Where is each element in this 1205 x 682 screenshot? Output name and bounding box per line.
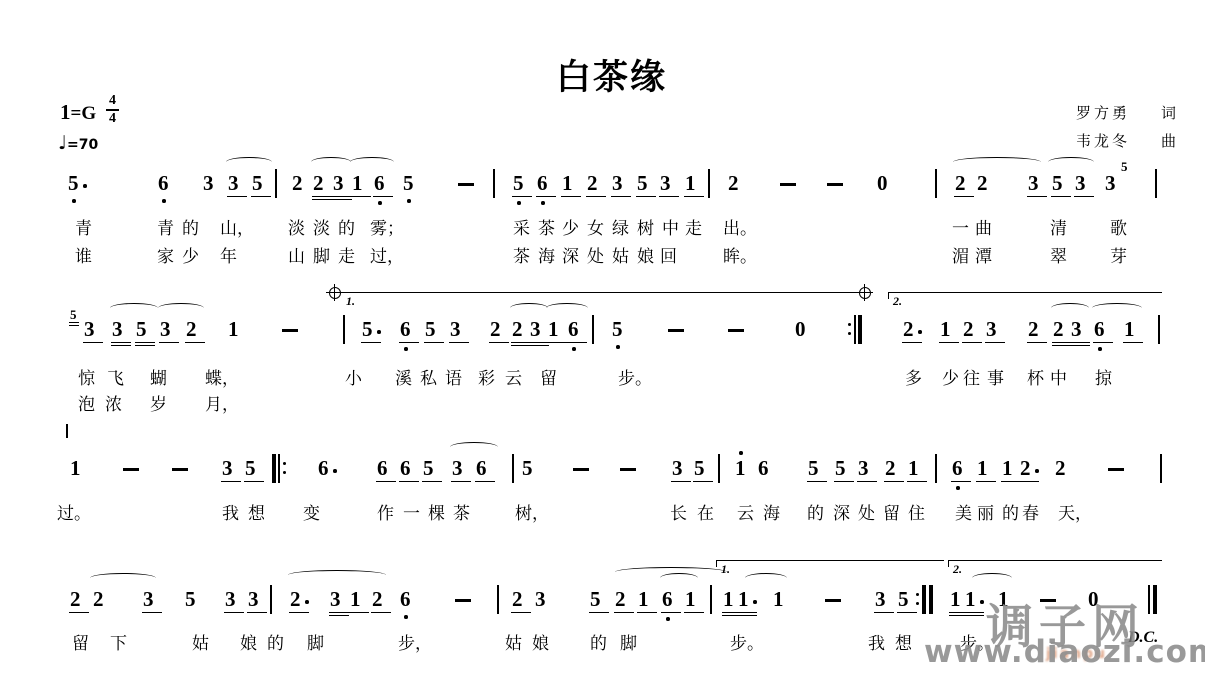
beam-underline [224, 612, 244, 613]
score-notation-layer: 5633522316556123531202235335青青的山，淡淡的雾；采茶… [0, 0, 1205, 682]
note-digit: 2 [977, 172, 988, 194]
augmentation-dot [83, 184, 87, 188]
volta-bracket-tick [716, 560, 717, 567]
lyric-syllable: 的 [1002, 499, 1019, 524]
note-digit: 5 [362, 318, 373, 340]
beam-underline [312, 199, 332, 200]
beam-underline [586, 196, 606, 197]
note-digit: 2 [615, 588, 626, 610]
beam-underline [614, 612, 634, 613]
repeat-dot [848, 323, 851, 326]
watermark-site-url: www.diaozi.com [924, 634, 1205, 670]
beam-underline [312, 196, 332, 197]
note-digit: 5 [522, 457, 533, 479]
beam-underline [611, 196, 631, 197]
lyric-syllable: 年 [220, 242, 237, 267]
beam-underline [475, 481, 495, 482]
lyric-syllable: 溪 [395, 364, 412, 389]
repeat-dot [848, 332, 851, 335]
beam-underline [349, 612, 369, 613]
note-digit: 1 [1002, 457, 1013, 479]
lyric-syllable: 翠 [1050, 242, 1067, 267]
note-digit: 1 [735, 457, 746, 479]
augmentation-dot [753, 600, 757, 604]
note-digit: 5 [245, 457, 256, 479]
volta-bracket [341, 292, 862, 293]
beam-underline [376, 481, 396, 482]
lyric-syllable: 采 [513, 214, 530, 239]
lyric-syllable: 姑 [505, 629, 522, 654]
repeat-end-thick-bar [929, 585, 933, 614]
slur-arc [1092, 303, 1142, 313]
slur-arc [1051, 303, 1089, 313]
note-digit: 5 [513, 172, 524, 194]
beam-underline [185, 342, 205, 343]
beam-underline [247, 612, 267, 613]
note-digit: 6 [758, 457, 769, 479]
note-digit: 3 [160, 318, 171, 340]
beam-underline [135, 345, 155, 346]
note-digit: 3 [330, 588, 341, 610]
duration-dash [827, 183, 843, 186]
note-digit: 6 [400, 457, 411, 479]
lyric-syllable: 事 [987, 364, 1004, 389]
lyric-syllable: 茶 [453, 499, 470, 524]
lyric-syllable: 家 [157, 242, 174, 267]
note-digit: 2 [70, 588, 81, 610]
octave-dot-low [404, 347, 408, 351]
beam-underline [684, 612, 704, 613]
lyric-syllable: 绿 [612, 214, 629, 239]
note-digit: 5 [835, 457, 846, 479]
lyric-syllable: 少 [562, 214, 579, 239]
augmentation-dot [333, 469, 337, 473]
beam-underline [399, 342, 419, 343]
beam-underline [939, 342, 959, 343]
beam-underline [69, 612, 89, 613]
lyric-syllable: 清 [1050, 214, 1067, 239]
note-digit: 6 [568, 318, 579, 340]
grace-note: 5 [70, 308, 77, 321]
note-digit: 3 [452, 457, 463, 479]
lyric-syllable: 茶 [538, 214, 555, 239]
lyric-syllable: 中 [662, 214, 679, 239]
lyric-syllable: 小 [345, 364, 362, 389]
beam-underline [221, 481, 241, 482]
note-digit: 3 [1105, 172, 1116, 194]
lyric-syllable: 语 [445, 364, 462, 389]
barline [708, 169, 710, 198]
repeat-start-thick-bar [272, 454, 276, 483]
lyric-syllable: 淡 [313, 214, 330, 239]
lyric-syllable: 娘 [240, 629, 257, 654]
beam-underline [361, 342, 381, 343]
lyric-syllable: 过， [370, 242, 404, 267]
octave-dot-low [517, 201, 521, 205]
beam-underline [69, 322, 79, 323]
beam-underline [589, 612, 609, 613]
duration-dash [458, 183, 474, 186]
lyric-syllable: 出。 [723, 214, 757, 239]
note-digit: 2 [728, 172, 739, 194]
barline [592, 315, 594, 344]
note-digit: 6 [537, 172, 548, 194]
beam-underline [547, 342, 567, 343]
beam-underline [737, 612, 757, 613]
lyric-syllable: 天， [1058, 499, 1092, 524]
beam-underline [244, 481, 264, 482]
note-digit: 6 [374, 172, 385, 194]
octave-dot-low [541, 201, 545, 205]
note-digit: 2 [93, 588, 104, 610]
lyric-syllable: 处 [858, 499, 875, 524]
lyric-syllable: 彩 [478, 364, 495, 389]
lyric-syllable: 美 [955, 499, 972, 524]
lyric-syllable: 一 [952, 214, 969, 239]
note-digit: 5 [694, 457, 705, 479]
beam-underline [693, 481, 713, 482]
note-digit: 1 [685, 588, 696, 610]
beam-underline [159, 342, 179, 343]
note-digit: 3 [672, 457, 683, 479]
beam-underline [976, 481, 996, 482]
octave-dot-high [739, 451, 743, 455]
note-digit: 2 [372, 588, 383, 610]
final-thin-bar [1148, 585, 1150, 614]
volta-bracket [716, 560, 944, 561]
lyric-syllable: 的 [807, 499, 824, 524]
lyric-syllable: 步。 [618, 364, 652, 389]
note-digit: 5 [252, 172, 263, 194]
lyric-syllable: 海 [538, 242, 555, 267]
note-digit: 0 [877, 172, 888, 194]
slur-arc [90, 573, 156, 583]
note-digit: 1 [723, 588, 734, 610]
beam-underline [636, 196, 656, 197]
note-digit: 5 [1052, 172, 1063, 194]
note-digit: 2 [512, 588, 523, 610]
note-digit: 3 [228, 172, 239, 194]
note-digit: 1 [350, 588, 361, 610]
note-digit: 2 [1053, 318, 1064, 340]
note-digit: 5 [898, 588, 909, 610]
lyric-syllable: 步。 [730, 629, 764, 654]
lyric-syllable: 住 [908, 499, 925, 524]
note-digit: 6 [400, 588, 411, 610]
beam-underline [1051, 196, 1071, 197]
lyric-syllable: 青 [157, 214, 174, 239]
duration-dash [172, 468, 188, 471]
octave-dot-low [616, 345, 620, 349]
note-digit: 5 [403, 172, 414, 194]
beam-underline [251, 196, 271, 197]
note-digit: 1 [965, 588, 976, 610]
note-digit: 6 [1094, 318, 1105, 340]
augmentation-dot [980, 600, 984, 604]
beam-underline [902, 342, 922, 343]
barline [512, 454, 514, 483]
note-digit: 5 [136, 318, 147, 340]
lyric-syllable: 脚 [620, 629, 637, 654]
lyric-syllable: 丽 [977, 499, 994, 524]
beam-underline [351, 196, 371, 197]
octave-dot-low [72, 199, 76, 203]
duration-dash [825, 599, 841, 602]
duration-dash [620, 468, 636, 471]
beam-underline [227, 196, 247, 197]
note-digit: 5 [808, 457, 819, 479]
lyric-syllable: 的 [590, 629, 607, 654]
lyric-syllable: 杯 [1027, 364, 1044, 389]
lyric-syllable: 多 [905, 364, 922, 389]
beam-underline [737, 615, 757, 616]
note-digit: 1 [638, 588, 649, 610]
lyric-syllable: 想 [248, 499, 265, 524]
lyric-syllable: 曲 [975, 214, 992, 239]
lyric-syllable: 浓 [105, 390, 122, 415]
augmentation-dot [918, 330, 922, 334]
beam-underline [985, 342, 1005, 343]
barline [718, 454, 720, 483]
slur-arc [510, 303, 548, 313]
beam-underline [874, 612, 894, 613]
beam-underline [142, 612, 162, 613]
lyric-syllable: 少 [942, 364, 959, 389]
note-digit: 5 [612, 318, 623, 340]
beam-underline [962, 342, 982, 343]
lyric-syllable: 下 [110, 629, 127, 654]
beam-underline [567, 342, 587, 343]
beam-underline [489, 342, 509, 343]
note-digit: 2 [885, 457, 896, 479]
lyric-syllable: 走 [338, 242, 355, 267]
note-digit: 3 [1028, 172, 1039, 194]
note-digit: 3 [535, 588, 546, 610]
volta-label: 2. [953, 562, 962, 577]
octave-dot-low [407, 199, 411, 203]
beam-underline [1070, 342, 1090, 343]
beam-underline [834, 481, 854, 482]
augmentation-dot [305, 600, 309, 604]
beam-underline [884, 481, 904, 482]
note-digit: 6 [318, 457, 329, 479]
note-digit: 1 [940, 318, 951, 340]
stray-tick-mark [66, 424, 68, 438]
slur-arc [972, 573, 1012, 583]
barline [935, 454, 937, 483]
lyric-syllable: 中 [1050, 364, 1067, 389]
lyric-syllable: 回 [660, 242, 677, 267]
slur-arc [226, 157, 272, 167]
beam-underline [451, 481, 471, 482]
note-digit: 5 [423, 457, 434, 479]
note-digit: 2 [955, 172, 966, 194]
note-digit: 1 [950, 588, 961, 610]
lyric-syllable: 树 [637, 214, 654, 239]
lyric-syllable: 蝶， [205, 364, 239, 389]
lyric-syllable: 惊 [78, 364, 95, 389]
lyric-syllable: 娘 [532, 629, 549, 654]
beam-underline [111, 345, 131, 346]
note-digit: 1 [908, 457, 919, 479]
repeat-end-thick-bar [858, 315, 862, 344]
lyric-syllable: 留 [883, 499, 900, 524]
lyric-syllable: 私 [420, 364, 437, 389]
lyric-syllable: 山， [220, 214, 254, 239]
lyric-syllable: 少 [182, 242, 199, 267]
note-digit: 3 [858, 457, 869, 479]
note-digit: 0 [795, 318, 806, 340]
repeat-end-thin-bar [854, 315, 856, 344]
lyric-syllable: 海 [763, 499, 780, 524]
note-digit: 3 [248, 588, 259, 610]
barline [1155, 169, 1157, 198]
lyric-syllable: 棵 [428, 499, 445, 524]
beam-underline [332, 199, 352, 200]
lyric-syllable: 云 [737, 499, 754, 524]
lyric-syllable: 歌 [1110, 214, 1127, 239]
note-digit: 6 [476, 457, 487, 479]
beam-underline [1052, 345, 1072, 346]
note-digit: 5 [68, 172, 79, 194]
beam-underline [1019, 481, 1039, 482]
beam-underline [1093, 342, 1113, 343]
beam-underline [424, 342, 444, 343]
beam-underline [907, 481, 927, 482]
beam-underline [1074, 196, 1094, 197]
lyric-syllable: 眸。 [723, 242, 757, 267]
beam-underline [857, 481, 877, 482]
lyric-syllable: 雾； [370, 214, 404, 239]
lyric-syllable: 谁 [75, 242, 92, 267]
beam-underline [951, 481, 971, 482]
note-digit: 2 [490, 318, 501, 340]
lyric-syllable: 山 [288, 242, 305, 267]
lyric-syllable: 青 [75, 214, 92, 239]
barline [935, 169, 937, 198]
lyric-syllable: 脚 [307, 629, 324, 654]
note-digit: 5 [425, 318, 436, 340]
lyric-syllable: 的 [182, 214, 199, 239]
lyric-syllable: 过。 [57, 499, 91, 524]
duration-dash [668, 329, 684, 332]
note-digit: 2 [1055, 457, 1066, 479]
lyric-syllable: 的 [267, 629, 284, 654]
final-thick-bar [1153, 585, 1157, 614]
note-digit: 3 [530, 318, 541, 340]
lyric-syllable: 在 [697, 499, 714, 524]
duration-dash [728, 329, 744, 332]
volta-bracket-tick [948, 560, 949, 567]
note-digit: 3 [1075, 172, 1086, 194]
beam-underline [1052, 342, 1072, 343]
duration-dash [455, 599, 471, 602]
lyric-syllable: 飞 [107, 364, 124, 389]
lyric-syllable: 掠 [1095, 364, 1112, 389]
lyric-syllable: 姑 [192, 629, 209, 654]
note-digit: 3 [222, 457, 233, 479]
lyric-syllable: 淡 [288, 214, 305, 239]
lyric-syllable: 岁 [150, 390, 167, 415]
augmentation-dot [1035, 469, 1039, 473]
note-digit: 1 [228, 318, 239, 340]
octave-dot-low [404, 615, 408, 619]
note-digit: 3 [1071, 318, 1082, 340]
duration-dash [282, 329, 298, 332]
slur-arc [288, 570, 386, 580]
slur-arc [660, 573, 698, 583]
note-digit: 1 [977, 457, 988, 479]
volta-bracket [948, 560, 1162, 561]
repeat-dot [916, 602, 919, 605]
volta-label: 2. [893, 294, 902, 309]
beam-underline [135, 342, 155, 343]
note-digit: 3 [612, 172, 623, 194]
note-digit: 2 [903, 318, 914, 340]
note-digit: 1 [70, 457, 81, 479]
octave-dot-low [956, 486, 960, 490]
lyric-syllable: 蝴 [150, 364, 167, 389]
sheet-music-page: { "header": { "title": "白茶缘", "key_one":… [0, 0, 1205, 682]
beam-underline [399, 481, 419, 482]
beam-underline [964, 612, 984, 613]
beam-underline [536, 196, 556, 197]
note-digit: 2 [186, 318, 197, 340]
barline [343, 315, 345, 344]
octave-dot-low [378, 201, 382, 205]
note-digit: 5 [637, 172, 648, 194]
note-digit: 3 [875, 588, 886, 610]
duration-dash [573, 468, 589, 471]
note-digit: 3 [986, 318, 997, 340]
slur-arc [546, 303, 588, 313]
note-digit: 3 [112, 318, 123, 340]
lyric-syllable: 湄 [952, 242, 969, 267]
beam-underline [329, 615, 349, 616]
beam-underline [671, 481, 691, 482]
barline [497, 585, 499, 614]
beam-underline [659, 196, 679, 197]
note-digit: 3 [225, 588, 236, 610]
note-digit: 2 [963, 318, 974, 340]
note-digit: 3 [143, 588, 154, 610]
lyric-syllable: 云 [505, 364, 522, 389]
lyric-syllable: 留 [540, 364, 557, 389]
beam-underline [329, 612, 349, 613]
beam-underline [684, 196, 704, 197]
augmentation-dot [377, 330, 381, 334]
beam-underline [511, 345, 531, 346]
note-digit: 2 [313, 172, 324, 194]
slur-arc [311, 157, 351, 167]
lyric-syllable: 潭 [975, 242, 992, 267]
beam-underline [111, 342, 131, 343]
slur-arc [745, 573, 787, 583]
slur-arc [158, 303, 204, 313]
note-digit: 3 [450, 318, 461, 340]
barline [270, 585, 272, 614]
slur-arc [1048, 157, 1094, 167]
beam-underline [1070, 345, 1090, 346]
lyric-syllable: 我 [222, 499, 239, 524]
volta-bracket [888, 292, 1162, 293]
note-digit: 1 [548, 318, 559, 340]
beam-underline [511, 612, 531, 613]
grace-note: 5 [1121, 160, 1128, 173]
beam-underline [807, 481, 827, 482]
lyric-syllable: 变 [303, 499, 320, 524]
lyric-syllable: 茶 [513, 242, 530, 267]
